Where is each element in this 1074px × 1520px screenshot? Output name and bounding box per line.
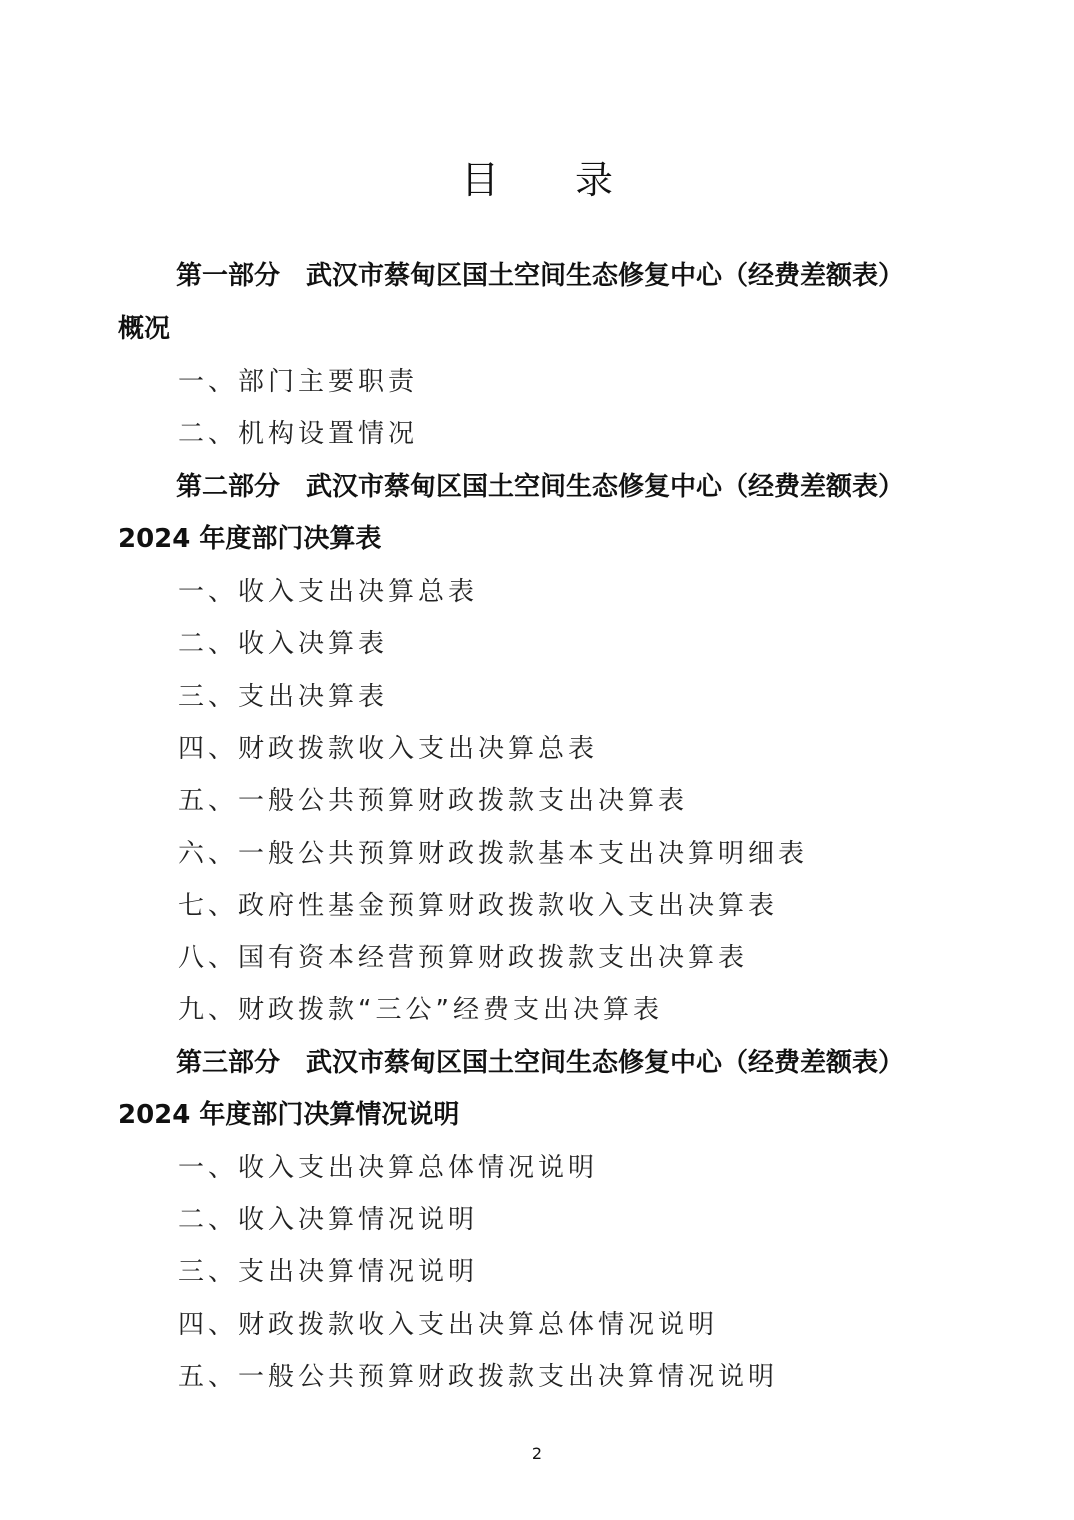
toc-item[interactable]: 二、收入决算情况说明 bbox=[178, 1202, 478, 1238]
toc-item[interactable]: 八、国有资本经营预算财政拨款支出决算表 bbox=[178, 940, 748, 976]
part3-heading: 第三部分 武汉市蔡甸区国土空间生态修复中心（经费差额表） bbox=[176, 1045, 904, 1081]
toc-item[interactable]: 五、一般公共预算财政拨款支出决算表 bbox=[178, 783, 688, 819]
title-char-2: 录 bbox=[575, 152, 613, 208]
part2-heading-cont: 2024 年度部门决算表 bbox=[118, 521, 381, 557]
toc-item[interactable]: 五、一般公共预算财政拨款支出决算情况说明 bbox=[178, 1359, 778, 1395]
toc-item[interactable]: 六、一般公共预算财政拨款基本支出决算明细表 bbox=[178, 836, 808, 872]
toc-item[interactable]: 九、财政拨款“三公”经费支出决算表 bbox=[178, 992, 663, 1028]
toc-item[interactable]: 一、收入支出决算总体情况说明 bbox=[178, 1150, 598, 1186]
part1-heading-cont: 概况 bbox=[118, 311, 170, 347]
part2-heading: 第二部分 武汉市蔡甸区国土空间生态修复中心（经费差额表） bbox=[176, 469, 904, 505]
page-title: 目录 bbox=[0, 152, 1074, 208]
toc-item[interactable]: 四、财政拨款收入支出决算总体情况说明 bbox=[178, 1307, 718, 1343]
part1-heading: 第一部分 武汉市蔡甸区国土空间生态修复中心（经费差额表） bbox=[176, 258, 904, 294]
toc-item[interactable]: 二、收入决算表 bbox=[178, 626, 388, 662]
toc-item[interactable]: 三、支出决算表 bbox=[178, 679, 388, 715]
toc-item[interactable]: 四、财政拨款收入支出决算总表 bbox=[178, 731, 598, 767]
toc-item[interactable]: 一、收入支出决算总表 bbox=[178, 574, 478, 610]
part3-heading-cont: 2024 年度部门决算情况说明 bbox=[118, 1097, 459, 1133]
title-char-1: 目 bbox=[461, 152, 499, 208]
toc-item[interactable]: 三、支出决算情况说明 bbox=[178, 1254, 478, 1290]
toc-item[interactable]: 一、部门主要职责 bbox=[178, 364, 418, 400]
toc-item[interactable]: 七、政府性基金预算财政拨款收入支出决算表 bbox=[178, 888, 778, 924]
page-number: 2 bbox=[0, 1444, 1074, 1464]
toc-item[interactable]: 二、机构设置情况 bbox=[178, 416, 418, 452]
